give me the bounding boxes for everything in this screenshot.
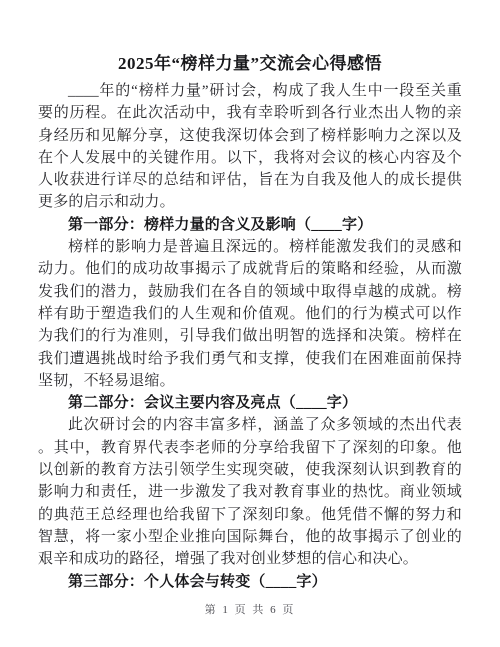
section-heading-part2: 第二部分：会议主要内容及亮点（____字） <box>38 392 462 414</box>
page-footer: 第 1 页 共 6 页 <box>0 603 500 617</box>
paragraph-part1: 榜样的影响力是普遍且深远的。榜样能激发我们的灵感和动力。他们的成功故事揭示了成就… <box>38 236 462 392</box>
section-heading-part3: 第三部分：个人体会与转变（____字） <box>38 571 462 593</box>
document-title: 2025年“榜样力量”交流会心得感悟 <box>0 0 500 76</box>
document-body: ____年的“榜样力量”研讨会，构成了我人生中一段至关重要的历程。在此次活动中，… <box>38 80 462 593</box>
paragraph-part2: 此次研讨会的内容丰富多样，涵盖了众多领域的杰出代表。其中，教育界代表李老师的分享… <box>38 414 462 570</box>
section-heading-part1: 第一部分：榜样力量的含义及影响（____字） <box>38 214 462 236</box>
document-page: 2025年“榜样力量”交流会心得感悟 ____年的“榜样力量”研讨会，构成了我人… <box>0 0 500 647</box>
paragraph-intro: ____年的“榜样力量”研讨会，构成了我人生中一段至关重要的历程。在此次活动中，… <box>38 80 462 214</box>
page-number-text: 第 1 页 共 6 页 <box>205 604 296 616</box>
